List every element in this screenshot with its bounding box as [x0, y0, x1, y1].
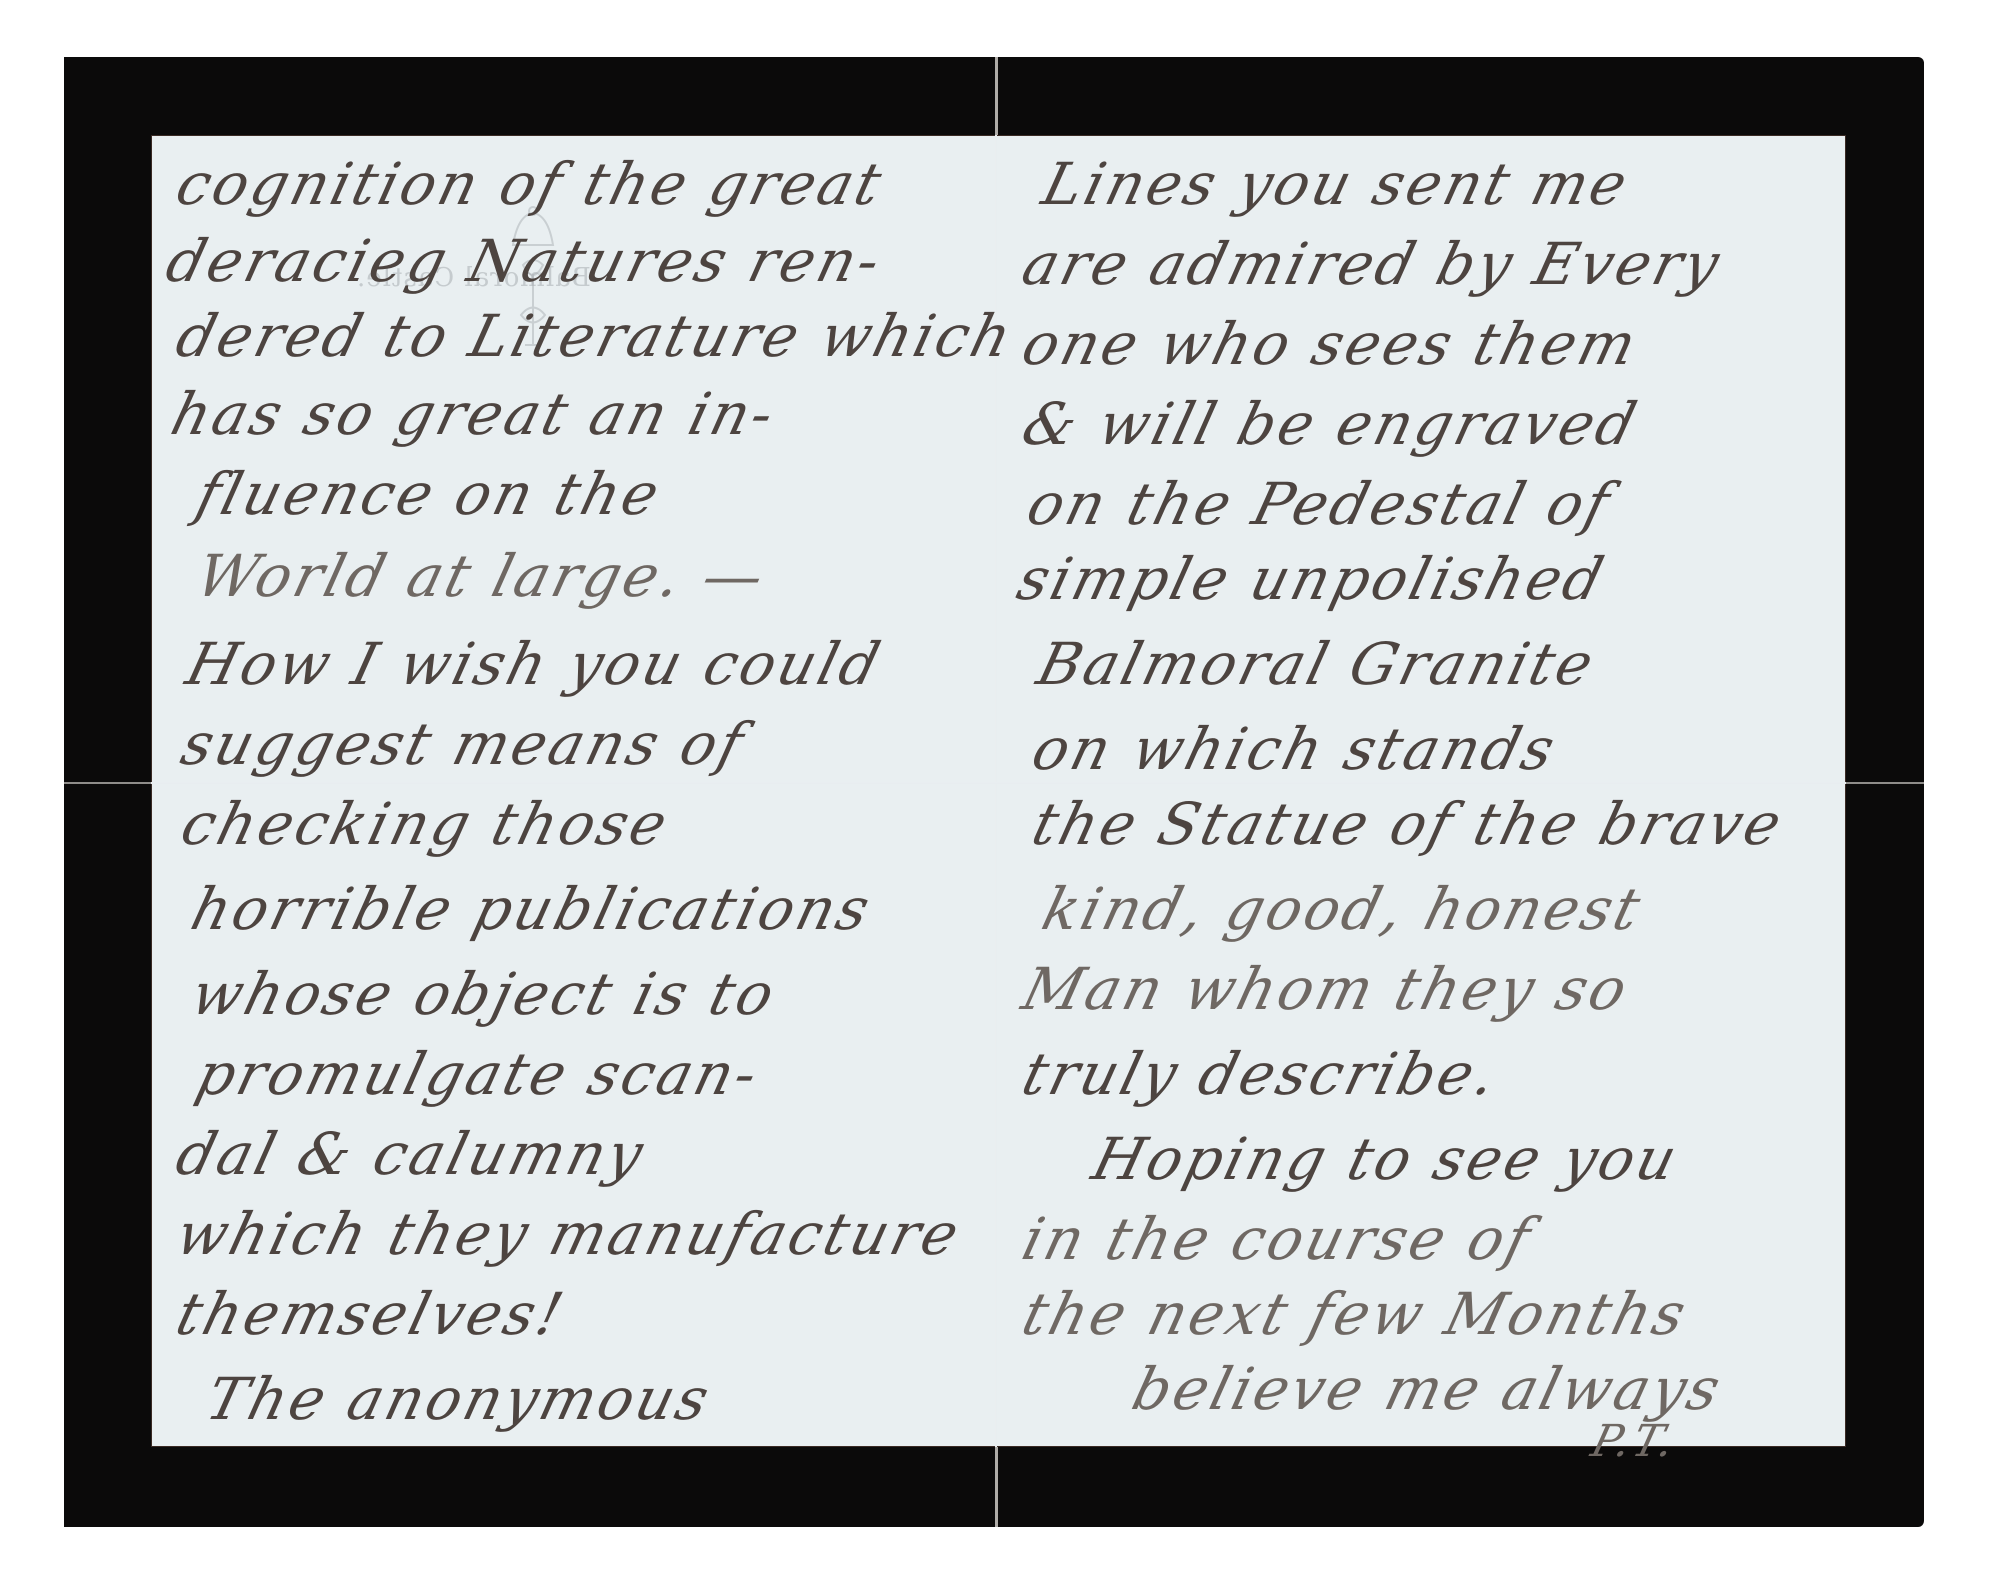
letter-paper: Balmoral Castle. cognition of the great …: [151, 135, 1846, 1447]
handwritten-line: believe me always: [1127, 1360, 1729, 1418]
handwritten-line: horrible publications: [186, 880, 878, 938]
handwritten-line: on the Pedestal of: [1022, 475, 1618, 533]
handwritten-line: promulgate scan-: [191, 1045, 766, 1103]
handwritten-line: kind, good, honest: [1037, 880, 1649, 938]
handwritten-line: Lines you sent me: [1037, 155, 1635, 213]
handwritten-line: the Statue of the brave: [1027, 795, 1790, 853]
handwritten-line: whose object is to: [186, 965, 782, 1023]
handwritten-initials: P.T.: [1587, 1420, 1682, 1464]
handwritten-line: fluence on the: [191, 465, 667, 523]
handwritten-line: Balmoral Granite: [1032, 635, 1602, 693]
handwritten-line: The anonymous: [201, 1370, 717, 1428]
handwritten-line: has so great an in-: [166, 385, 782, 443]
handwritten-line: themselves!: [171, 1285, 571, 1343]
handwritten-line: cognition of the great: [171, 155, 890, 213]
handwritten-line: Hoping to see you: [1087, 1130, 1685, 1188]
handwritten-line: & will be engraved: [1017, 395, 1644, 453]
fold-crease-top: [995, 57, 998, 137]
handwritten-line: World at large. —: [191, 547, 772, 605]
handwritten-line: deracieg Natures ren-: [161, 232, 888, 290]
left-page: cognition of the great deracieg Natures …: [151, 135, 995, 1447]
handwritten-line: dal & calumny: [171, 1125, 651, 1183]
handwritten-line: one who sees them: [1017, 315, 1644, 373]
handwritten-line: simple unpolished: [1012, 550, 1612, 608]
handwritten-line: in the course of: [1017, 1210, 1539, 1268]
handwritten-line: Man whom they so: [1017, 960, 1635, 1018]
handwritten-line: the next few Months: [1017, 1285, 1694, 1343]
fold-crease-bottom: [995, 1447, 998, 1527]
handwritten-line: are admired by Every: [1017, 235, 1728, 293]
handwritten-line: suggest means of: [176, 715, 752, 773]
handwritten-line: on which stands: [1027, 720, 1563, 778]
fold-crease-left: [64, 782, 151, 784]
fold-crease-right: [1846, 782, 1924, 784]
right-page: Lines you sent me are admired by Every o…: [997, 135, 1846, 1447]
handwritten-line: truly describe.: [1017, 1045, 1504, 1103]
handwritten-line: How I wish you could: [181, 635, 888, 693]
handwritten-line: checking those: [176, 795, 675, 853]
handwritten-line: dered to Literature which: [171, 307, 1020, 365]
handwritten-line: which they manufacture: [171, 1205, 967, 1263]
